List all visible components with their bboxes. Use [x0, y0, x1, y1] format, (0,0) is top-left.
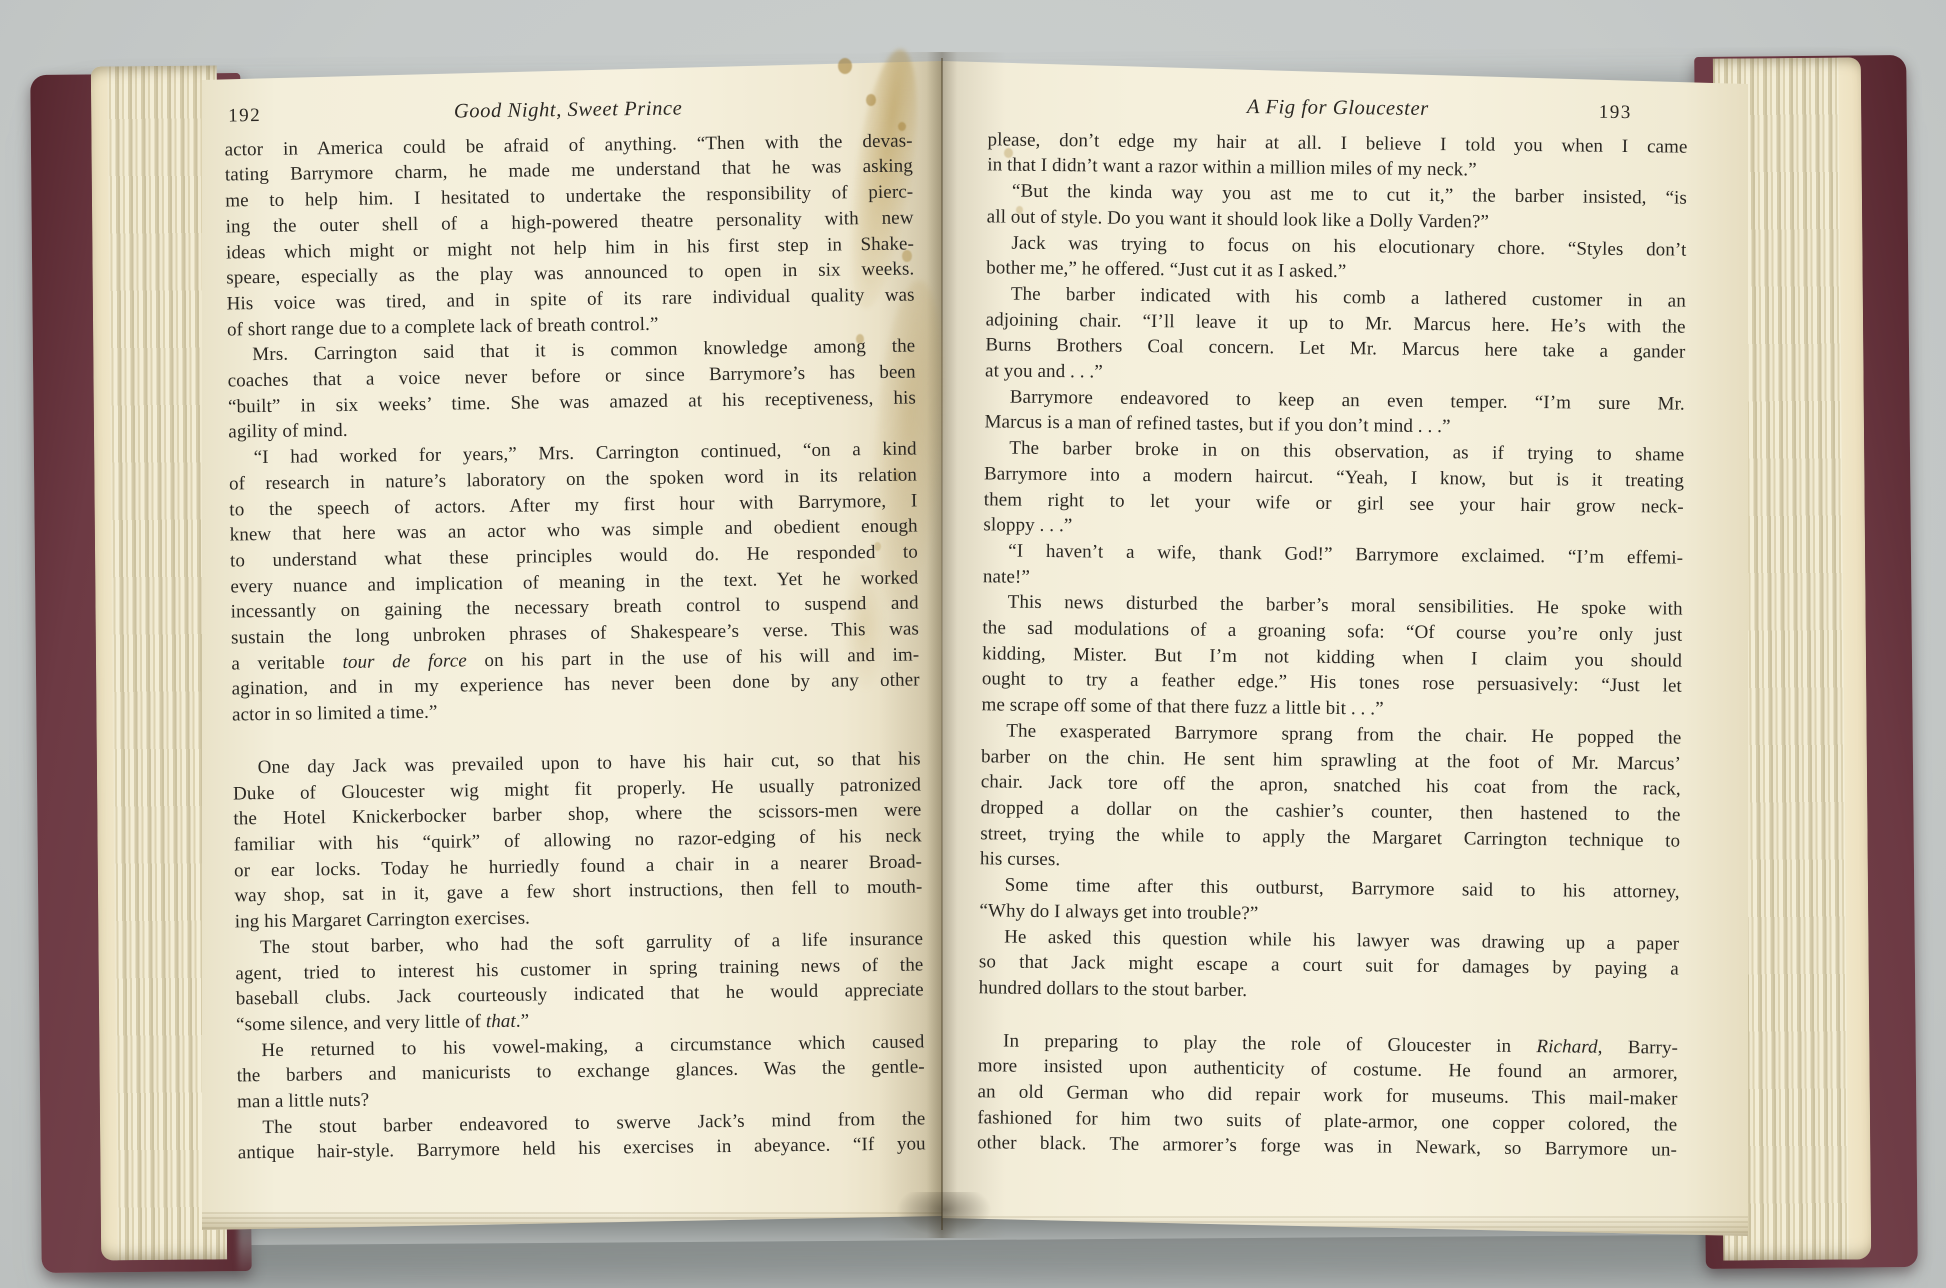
paragraph: In preparing to play the role of Glouces…: [977, 1028, 1678, 1164]
paragraph: One day Jack was prevailed upon to have …: [233, 746, 923, 935]
paragraph: The exasperated Barrymore sprang from th…: [980, 718, 1682, 880]
paragraph: He asked this question while his lawyer …: [979, 924, 1680, 1008]
paragraph: Barrymore endeavored to keep an even tem…: [984, 384, 1684, 443]
paragraph: “I haven’t a wife, thank God!” Barrymore…: [983, 538, 1683, 597]
paragraph: please, don’t edge my hair at all. I bel…: [987, 127, 1687, 186]
paragraph: Some time after this outburst, Barrymore…: [979, 872, 1680, 931]
paragraph: He returned to his vowel-making, a circu…: [236, 1029, 925, 1115]
right-running-head-title: A Fig for Gloucester: [1247, 96, 1429, 120]
paragraph: “But the kinda way you ast me to cut it,…: [987, 178, 1687, 237]
paragraph: “I had worked for years,” Mrs. Carringto…: [229, 437, 921, 729]
right-page-body: please, don’t edge my hair at all. I bel…: [977, 127, 1688, 1164]
left-page-body: actor in America could be afraid of anyt…: [224, 128, 925, 1166]
left-page-number: 192: [228, 103, 261, 129]
paragraph: The barber indicated with his comb a lat…: [985, 281, 1686, 391]
paragraph: actor in America could be afraid of anyt…: [224, 128, 915, 343]
paragraph: Mrs. Carrington said that it is common k…: [227, 334, 916, 446]
paragraph: The stout barber endeavored to swerve Ja…: [237, 1106, 926, 1166]
left-page-text: 192 Good Night, Sweet Prince actor in Am…: [224, 93, 926, 1166]
gutter-bottom-notch-shadow: [896, 1192, 992, 1236]
paragraph: The barber broke in on this observation,…: [983, 435, 1684, 545]
right-page-number: 193: [1599, 100, 1632, 126]
paragraph: Jack was trying to focus on his elocutio…: [986, 230, 1686, 289]
left-running-head-title: Good Night, Sweet Prince: [454, 98, 683, 123]
book-photo-scene: 192 Good Night, Sweet Prince actor in Am…: [0, 0, 1946, 1288]
right-page-text: A Fig for Gloucester 193 please, don’t e…: [977, 92, 1688, 1163]
paragraph: The stout barber, who had the soft garru…: [235, 926, 924, 1038]
paragraph: This news disturbed the barber’s moral s…: [981, 590, 1682, 726]
